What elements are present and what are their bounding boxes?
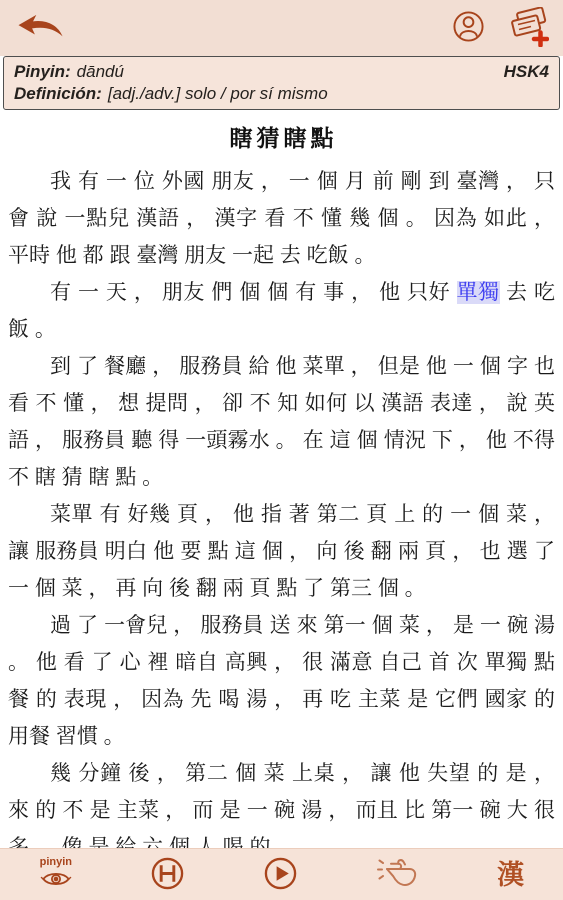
play-button[interactable] xyxy=(263,856,298,894)
account-button[interactable] xyxy=(450,8,487,48)
pause-icon xyxy=(150,856,185,894)
character-style-button[interactable]: 漢 xyxy=(497,860,524,890)
definition-label: Definición: xyxy=(14,84,102,103)
hsk-level-badge: HSK4 xyxy=(504,61,549,83)
pinyin-value: dāndú xyxy=(77,62,124,81)
toggle-pinyin-button[interactable]: pinyin xyxy=(39,857,73,892)
back-button[interactable] xyxy=(12,10,70,47)
highlighted-vocab-word[interactable]: 單獨 xyxy=(457,281,500,304)
story-paragraph: 菜單 有 好幾 頁 ， 他 指 著 第二 頁 上 的 一 個 菜 ， 讓 服務員… xyxy=(8,496,555,607)
story-paragraph: 到 了 餐廳 ， 服務員 給 他 菜單 ， 但是 他 一 個 字 也 看 不 懂… xyxy=(8,348,555,496)
top-app-bar xyxy=(0,0,563,56)
tap-hand-icon xyxy=(376,856,420,893)
definition-text: Definición:[adj./adv.] solo / por sí mis… xyxy=(14,83,328,105)
topbar-actions xyxy=(450,5,551,52)
story-title: 瞎猜瞎點 xyxy=(8,120,555,157)
definition-row: Definición:[adj./adv.] solo / por sí mis… xyxy=(14,83,549,105)
tap-select-button[interactable] xyxy=(376,856,420,893)
pinyin-toggle-label: pinyin xyxy=(40,857,72,868)
story-paragraph: 我 有 一 位 外國 朋友 ， 一 個 月 前 剛 到 臺灣 ， 只會 說 一點… xyxy=(8,163,555,274)
vocab-info-panel: Pinyin:dāndú HSK4 Definición:[adj./adv.]… xyxy=(3,56,560,110)
pinyin-label: Pinyin: xyxy=(14,62,71,81)
bottom-toolbar: pinyin xyxy=(0,848,563,900)
paragraph-text: 有 一 天 ， 朋友 們 個 個 有 事 ， 他 只好 xyxy=(50,281,457,304)
han-character-icon: 漢 xyxy=(497,860,524,890)
play-icon xyxy=(263,856,298,894)
story-paragraph: 有 一 天 ， 朋友 們 個 個 有 事 ， 他 只好 單獨 去 吃飯 。 xyxy=(8,274,555,348)
definition-value: [adj./adv.] solo / por sí mismo xyxy=(108,84,328,103)
story-content: 瞎猜瞎點 我 有 一 位 外國 朋友 ， 一 個 月 前 剛 到 臺灣 ， 只會… xyxy=(0,110,563,848)
pinyin-text: Pinyin:dāndú xyxy=(14,61,124,83)
user-circle-icon xyxy=(452,10,485,46)
eye-icon xyxy=(39,869,73,892)
story-paragraph: 幾 分鐘 後 ， 第二 個 菜 上桌 ， 讓 他 失望 的 是 ， 來 的 不 … xyxy=(8,755,555,848)
add-flashcards-button[interactable] xyxy=(505,5,551,52)
pinyin-row: Pinyin:dāndú HSK4 xyxy=(14,61,549,83)
pause-button[interactable] xyxy=(150,856,185,894)
story-paragraph: 過 了 一會兒 ， 服務員 送 來 第一 個 菜 ， 是 一 碗 湯 。 他 看… xyxy=(8,607,555,755)
flashcards-plus-icon xyxy=(507,7,549,50)
back-arrow-icon xyxy=(14,12,68,45)
